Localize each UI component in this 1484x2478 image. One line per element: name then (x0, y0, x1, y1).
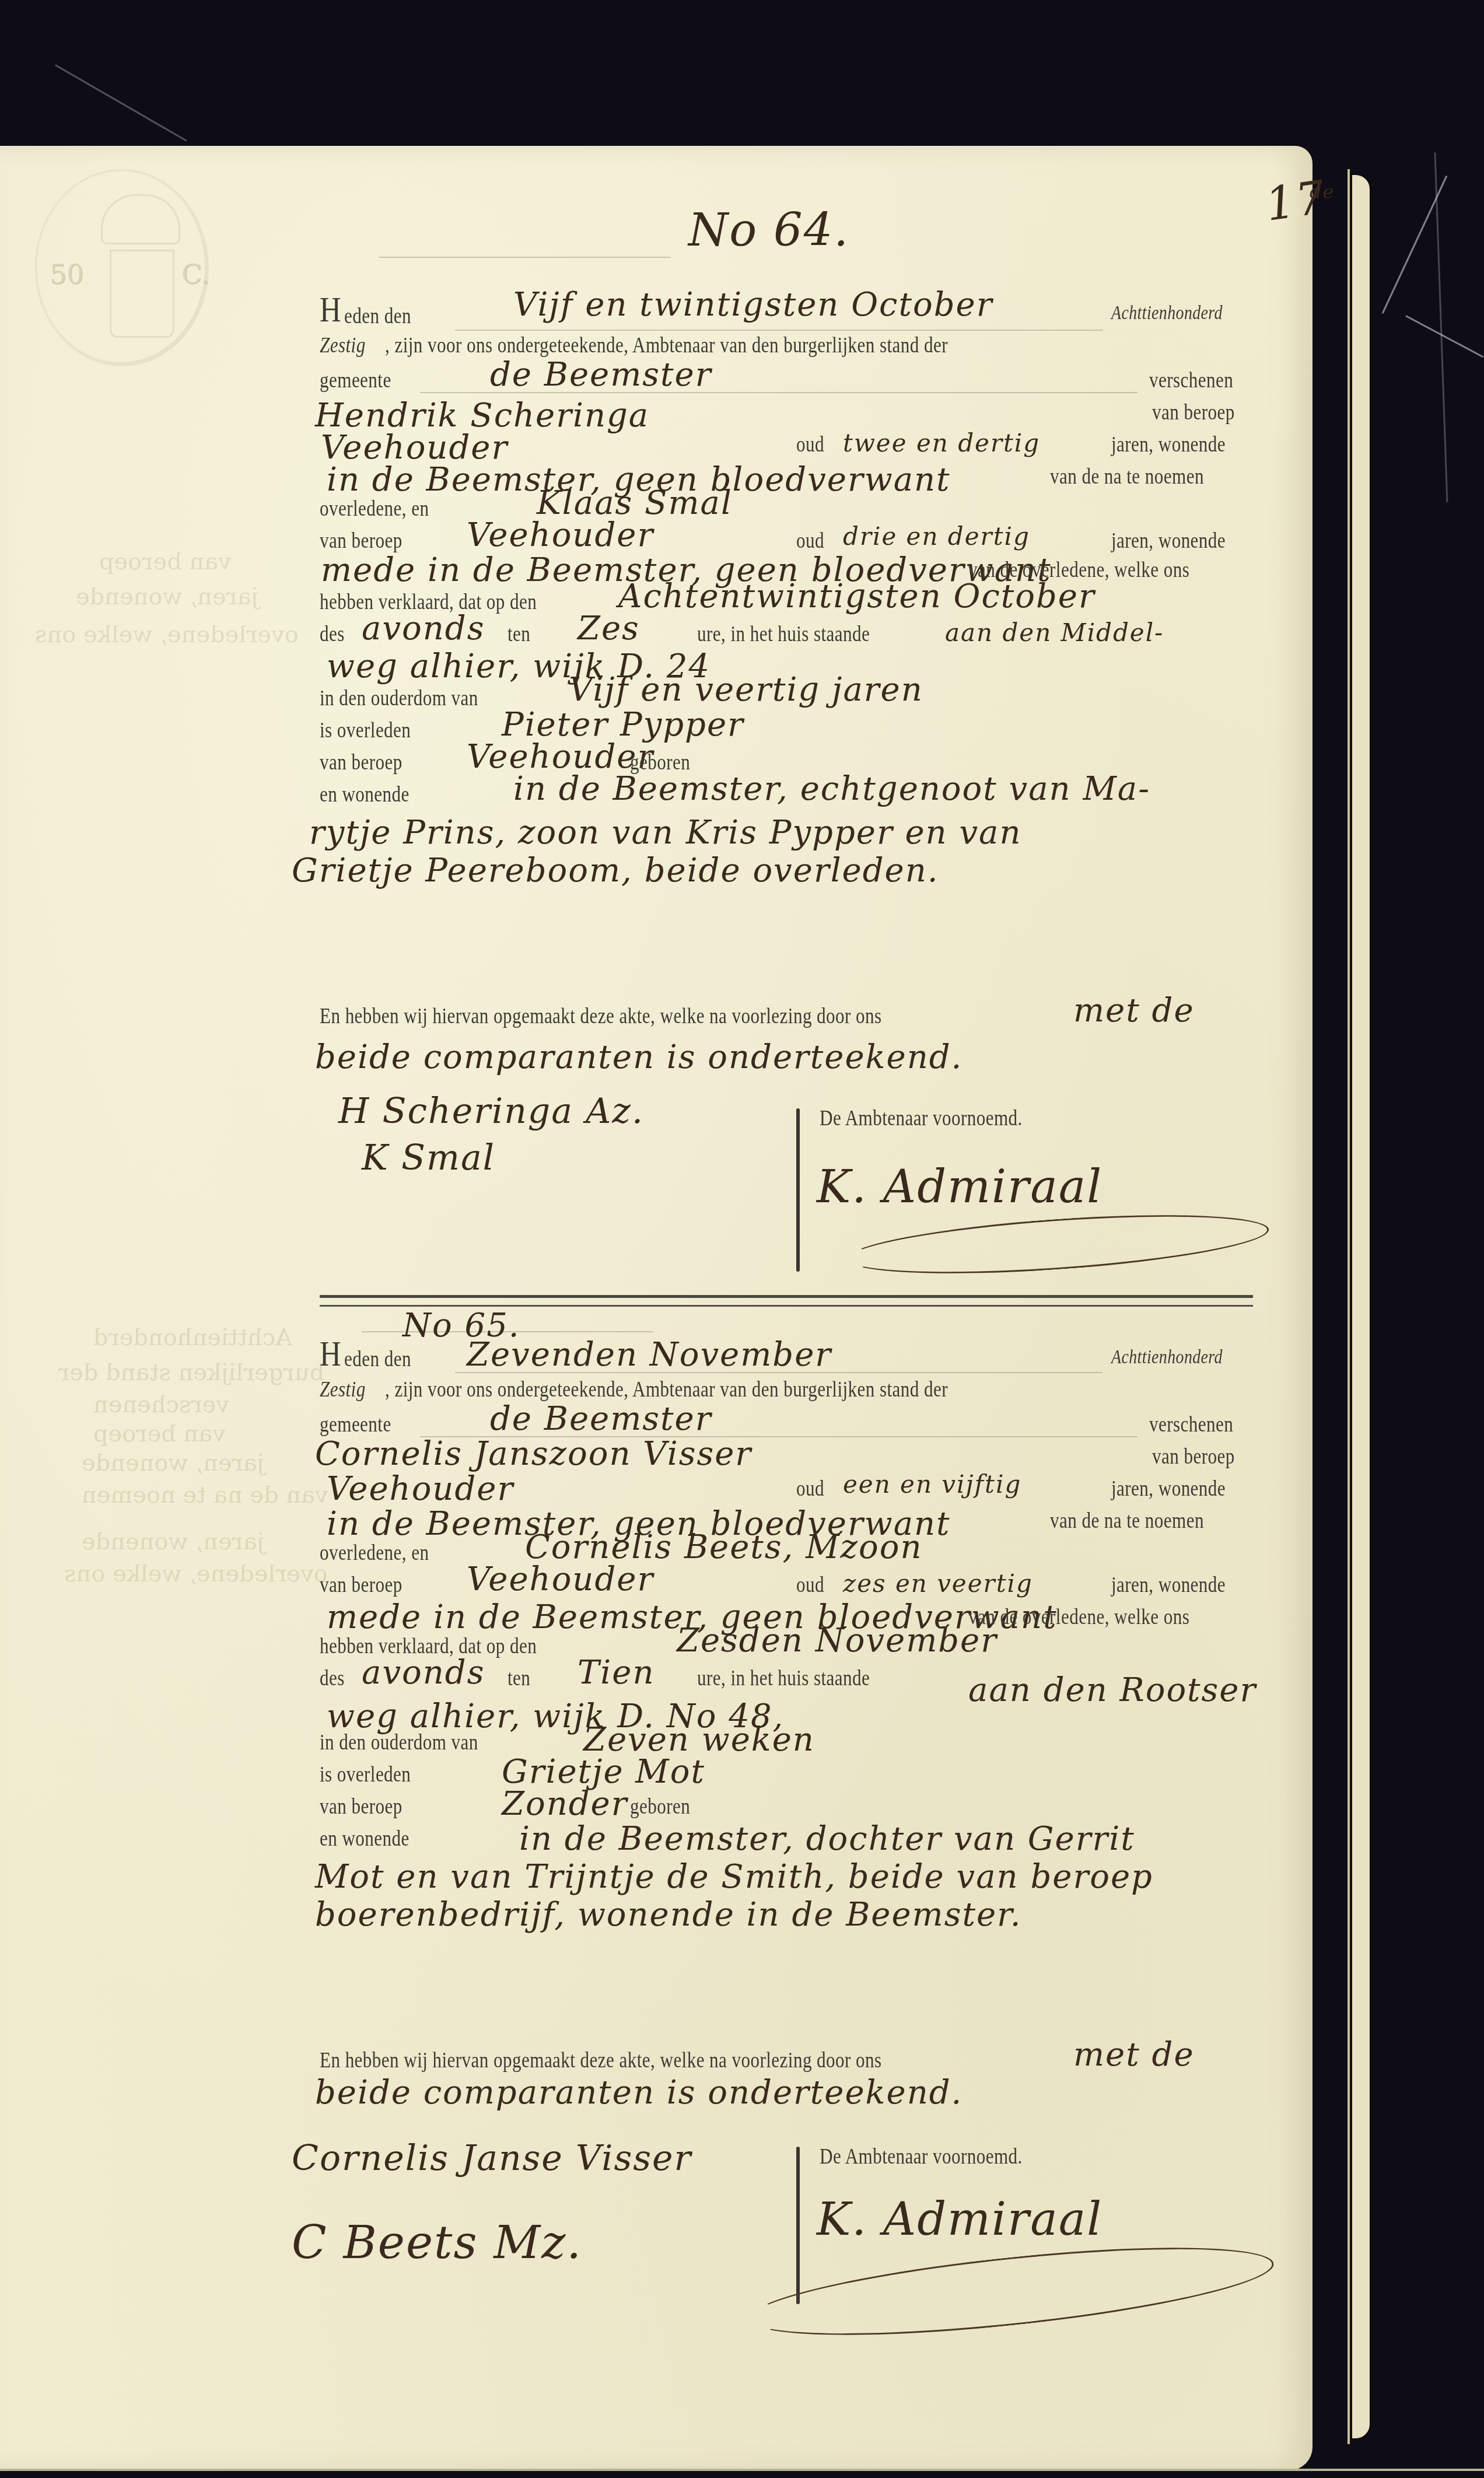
oud-label: oud (796, 528, 824, 554)
oud-label: oud (796, 1476, 824, 1501)
ure-huis-label: ure, in het huis staande (697, 621, 870, 647)
declarant-1-occupation: Veehouder (327, 1470, 514, 1508)
declarant-1-age: twee en dertig (843, 429, 1040, 457)
van-de-overledene-label: van de overledene, welke ons (968, 1604, 1189, 1630)
fill-line (420, 392, 1137, 393)
record-date: Zevenden November (467, 1336, 832, 1374)
gemeente-value: de Beemster (490, 1400, 712, 1438)
bottom-edge (0, 2469, 1484, 2471)
declarant-1-name: Cornelis Janszoon Visser (315, 1435, 752, 1473)
time-of-day: avonds (362, 1654, 485, 1692)
is-overleden-label: is overleden (320, 1762, 411, 1787)
hour: Zes (577, 610, 640, 647)
record-date: Vijf en twintigsten October (513, 286, 993, 324)
achttienhonderd-label: Achttienhonderd (1111, 1346, 1223, 1368)
bleed-through-text: jaren, wonende (76, 583, 258, 610)
declarant-2-occupation: Veehouder (467, 516, 654, 554)
oud-label: oud (796, 432, 824, 457)
closing-continuation: met de (1073, 992, 1195, 1030)
death-date: Achtentwintigsten October (618, 577, 1095, 615)
geboren-label: geboren (630, 1794, 690, 1819)
declarant-2-signature: C Beets Mz. (292, 2217, 582, 2269)
fill-line (455, 330, 1102, 331)
crown-icon (101, 194, 180, 244)
van-beroep-label: van beroep (1152, 400, 1235, 425)
preamble-text: , zijn voor ons ondergeteekende, Ambtena… (385, 332, 948, 358)
heden-initial: H (320, 1336, 341, 1372)
des-label: des (320, 1665, 345, 1691)
signature-divider (796, 1108, 800, 1272)
bleed-through-text: jaren, wonende (82, 1450, 264, 1476)
entry-number: No 64. (688, 204, 849, 257)
bleed-through-text: burgerlijken stand der (58, 1359, 324, 1386)
van-beroep-label: van beroep (1152, 1444, 1235, 1469)
overledene-en-label: overledene, en (320, 496, 429, 521)
backdrop-scratch (1405, 315, 1483, 358)
closing-line-2: beide comparanten is onderteekend. (315, 1038, 963, 1076)
jaren-wonende-label: jaren, wonende (1111, 1572, 1226, 1598)
bleed-through-text: van de na te noemen (82, 1482, 328, 1508)
bleed-through-text: overledene, welke ons (35, 621, 299, 648)
official-signature: K. Admiraal (817, 1161, 1102, 1213)
gemeente-label: gemeente (320, 1412, 391, 1437)
folio-suffix: de (1310, 181, 1335, 203)
time-of-day: avonds (362, 610, 485, 647)
overledene-en-label: overledene, en (320, 1540, 429, 1566)
age-of-deceased: Vijf en veertig jaren (569, 671, 923, 709)
seal-unit: C. (181, 258, 209, 290)
declarant-1-signature: Cornelis Janse Visser (292, 2138, 692, 2179)
van-beroep-label: van beroep (320, 1572, 402, 1598)
page-edge-line (1347, 169, 1350, 2444)
closing-text: En hebben wij hiervan opgemaakt deze akt… (320, 2048, 882, 2073)
deceased-residence-1: in de Beemster, dochter van Gerrit (519, 1820, 1135, 1858)
closing-continuation: met de (1073, 2036, 1195, 2074)
jaren-wonende-label: jaren, wonende (1111, 528, 1226, 554)
heden-initial: H (320, 292, 341, 328)
preamble-text: , zijn voor ons ondergeteekende, Ambtena… (385, 1377, 948, 1402)
death-date: Zesden November (677, 1622, 998, 1660)
verschenen-label: verschenen (1149, 367, 1233, 393)
jaren-wonende-label: jaren, wonende (1111, 1476, 1226, 1501)
deceased-residence-3: boerenbedrijf, wonende in de Beemster. (315, 1896, 1022, 1934)
number-rule (379, 257, 671, 258)
house-location: aan den Middel- (945, 618, 1164, 647)
ambtenaar-voornoemd-label: De Ambtenaar voornoemd. (820, 2144, 1023, 2169)
bleed-through-text: jaren, wonende (82, 1528, 264, 1555)
declarant-1-signature: H Scheringa Az. (338, 1091, 644, 1132)
jaren-wonende-label: jaren, wonende (1111, 432, 1226, 457)
embossed-seal-icon: 50 C. (35, 169, 208, 365)
bleed-through-text: verschenen (93, 1391, 229, 1418)
seal-value: 50 (50, 258, 84, 290)
closing-text: En hebben wij hiervan opgemaakt deze akt… (320, 1003, 882, 1029)
zestig-label: Zestig (320, 1377, 366, 1402)
bleed-through-text: van beroep (93, 1420, 226, 1447)
heden-den-label: eden den (344, 1346, 411, 1372)
en-wonende-label: en wonende (320, 782, 409, 807)
is-overleden-label: is overleden (320, 717, 411, 743)
declarant-2-age: zes en veertig (843, 1569, 1033, 1598)
closing-line-2: beide comparanten is onderteekend. (315, 2074, 963, 2112)
bleed-through-text: van beroep (99, 548, 232, 575)
entry-separator (320, 1295, 1253, 1307)
fill-line (455, 1372, 1102, 1373)
declarant-1-age: een en vijftig (843, 1470, 1021, 1499)
page-edge (1352, 175, 1370, 2438)
van-de-na-te-noemen-label: van de na te noemen (1050, 1508, 1204, 1534)
declarant-2-occupation: Veehouder (467, 1560, 654, 1598)
des-label: des (320, 621, 345, 647)
deceased-occupation: Zonder (502, 1785, 628, 1823)
signature-divider (796, 2147, 800, 2304)
gemeente-label: gemeente (320, 367, 391, 393)
backdrop-scratch (1434, 152, 1448, 502)
van-beroep-label: van beroep (320, 1794, 402, 1819)
bleed-through-text: overledene, welke ons (64, 1560, 328, 1587)
gemeente-value: de Beemster (490, 356, 712, 394)
backdrop-scratch (55, 64, 187, 142)
ure-huis-label: ure, in het huis staande (697, 1665, 870, 1691)
van-beroep-label: van beroep (320, 528, 402, 554)
deceased-residence-1: in de Beemster, echtgenoot van Ma- (513, 770, 1150, 808)
official-signature: K. Admiraal (817, 2193, 1102, 2246)
ten-label: ten (508, 1665, 530, 1691)
verschenen-label: verschenen (1149, 1412, 1233, 1437)
en-wonende-label: en wonende (320, 1826, 409, 1852)
shield-icon (110, 250, 174, 338)
zestig-label: Zestig (320, 332, 366, 358)
declarant-2-signature: K Smal (362, 1137, 495, 1178)
achttienhonderd-label: Achttienhonderd (1111, 302, 1223, 324)
bleed-through-text: Achttienhonderd (93, 1324, 292, 1351)
van-beroep-label: van beroep (320, 750, 402, 775)
in-den-ouderdom-label: in den ouderdom van (320, 1730, 478, 1755)
deceased-residence-2: rytje Prins, zoon van Kris Pypper en van (309, 814, 1022, 852)
house-location: aan den Rootser (968, 1671, 1256, 1709)
van-de-na-te-noemen-label: van de na te noemen (1050, 464, 1204, 489)
hour: Tien (577, 1654, 654, 1692)
oud-label: oud (796, 1572, 824, 1598)
ambtenaar-voornoemd-label: De Ambtenaar voornoemd. (820, 1105, 1023, 1131)
ten-label: ten (508, 621, 530, 647)
declarant-2-age: drie en dertig (843, 522, 1030, 551)
deceased-residence-3: Grietje Peereboom, beide overleden. (292, 852, 939, 890)
in-den-ouderdom-label: in den ouderdom van (320, 685, 478, 711)
heden-den-label: eden den (344, 303, 411, 329)
deceased-residence-2: Mot en van Trijntje de Smith, beide van … (315, 1858, 1153, 1896)
